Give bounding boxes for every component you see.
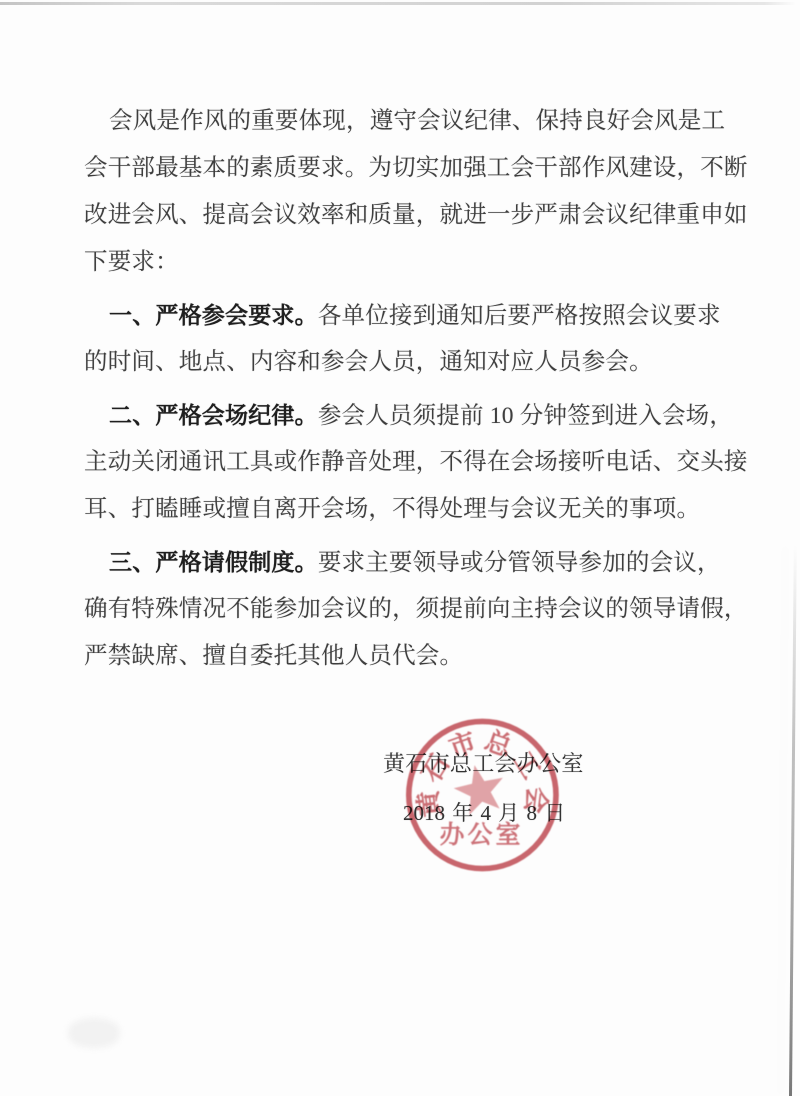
paragraph-heading: 二、严格会场纪律。: [109, 402, 318, 428]
document-line: 耳、打瞌睡或擅自离开会场，不得处理与会议无关的事项。: [84, 486, 774, 533]
paragraph: 一、严格参会要求。各单位接到通知后要严格按照会议要求的时间、地点、内容和参会人员…: [84, 292, 774, 386]
official-seal: 黄石市总工会 办公室: [404, 715, 564, 875]
document-line: 一、严格参会要求。各单位接到通知后要严格按照会议要求: [84, 292, 774, 339]
paragraph: 二、严格会场纪律。参会人员须提前 10 分钟签到进入会场，主动关闭通讯工具或作静…: [84, 392, 774, 533]
document-line: 确有特殊情况不能参加会议的，须提前向主持会议的领导请假，: [84, 586, 774, 633]
scan-artifact-top-line: [0, 2, 796, 5]
document-line: 下要求：: [84, 239, 774, 286]
document-line: 会干部最基本的素质要求。为切实加强工会干部作风建设，不断: [84, 145, 774, 192]
paragraph: 三、严格请假制度。要求主要领导或分管领导参加的会议，确有特殊情况不能参加会议的，…: [84, 539, 774, 680]
paragraph-heading: 三、严格请假制度。: [109, 549, 318, 575]
document-line: 主动关闭通讯工具或作静音处理，不得在会场接听电话、交头接: [84, 439, 774, 486]
document-line: 改进会风、提高会议效率和质量，就进一步严肃会议纪律重申如: [84, 192, 774, 239]
document-line: 三、严格请假制度。要求主要领导或分管领导参加的会议，: [84, 539, 774, 586]
seal-graphic: 黄石市总工会 办公室: [404, 715, 564, 875]
document-line: 严禁缺席、擅自委托其他人员代会。: [84, 633, 774, 680]
red-star-icon: [450, 760, 509, 817]
scanned-document-page: 会风是作风的重要体现，遵守会议纪律、保持良好会风是工会干部最基本的素质要求。为切…: [0, 0, 800, 1096]
document-line: 的时间、地点、内容和参会人员，通知对应人员参会。: [84, 339, 774, 386]
scan-artifact-smudge: [68, 1018, 120, 1048]
document-line: 二、严格会场纪律。参会人员须提前 10 分钟签到进入会场，: [84, 392, 774, 439]
paragraph-heading: 一、严格参会要求。: [109, 302, 318, 328]
seal-bottom-text: 办公室: [440, 821, 524, 849]
document-body: 会风是作风的重要体现，遵守会议纪律、保持良好会风是工会干部最基本的素质要求。为切…: [84, 98, 774, 686]
scan-artifact-right-line: [789, 545, 797, 1096]
document-line: 会风是作风的重要体现，遵守会议纪律、保持良好会风是工: [84, 98, 774, 145]
paragraph: 会风是作风的重要体现，遵守会议纪律、保持良好会风是工会干部最基本的素质要求。为切…: [84, 98, 774, 286]
